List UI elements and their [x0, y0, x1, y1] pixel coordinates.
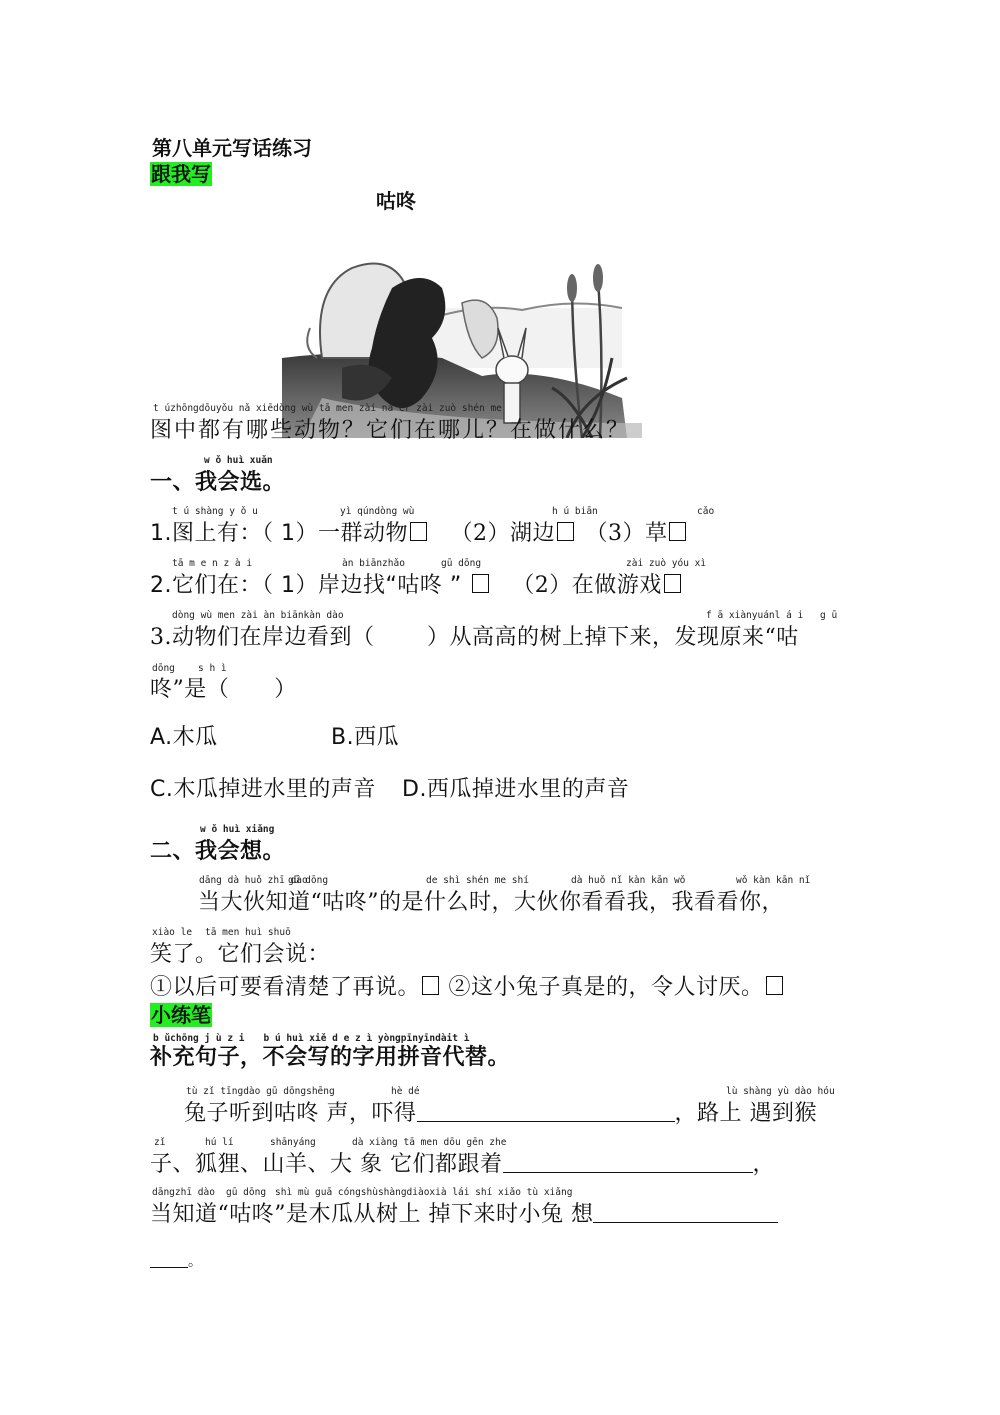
sentence-3: 当知道“咕咚”是木瓜从树上 掉下来时小兔 想 [150, 1197, 778, 1228]
pinyin: g ū [820, 610, 837, 621]
q3-line1: 3.动物们在岸边看到（ ）从高高的树上掉下来，发现原来“咕 [150, 620, 799, 651]
q1-option-lakeside: （2）湖边 [450, 521, 555, 546]
option-a: A.木瓜 [150, 720, 218, 751]
sentence-3-continuation: 。 [150, 1247, 203, 1272]
picture-question: 图中都有哪些动物？它们在哪儿？在做什么？ [150, 413, 630, 444]
checkbox-find-gudong[interactable] [472, 574, 489, 593]
part2-para-line1: 当大伙知道“咕咚”的是什么时，大伙你看看我，我看看你， [198, 885, 784, 916]
choice-1: ①以后可要看清楚了再说。 [150, 975, 420, 1000]
sentence-3-period: 。 [188, 1254, 203, 1270]
sentence-3-start: 当知道“咕咚”是木瓜从树上 掉下来时小兔 想 [150, 1202, 593, 1227]
pinyin: cǎo [697, 506, 714, 517]
choice-2: ②这小兔子真是的，令人讨厌。 [449, 975, 764, 1000]
option-b: B.西瓜 [331, 720, 399, 751]
story-title: 咕咚 [376, 185, 416, 214]
checkbox-playing[interactable] [664, 574, 681, 593]
sentence-1-end: ，路上 遇到猴 [675, 1101, 818, 1126]
highlight-label: 小练笔 [150, 1003, 212, 1027]
checkbox-group-animals[interactable] [410, 522, 427, 541]
blank-1[interactable] [417, 1101, 675, 1122]
part2-heading: 二、我会想。 [150, 834, 285, 865]
sentence-2-end: ， [753, 1152, 776, 1177]
part1-heading: 一、我会选。 [150, 465, 285, 496]
blank-3-continued[interactable] [150, 1247, 188, 1268]
q3-line2: 咚”是（ ） [150, 672, 297, 703]
option-c: C.木瓜掉进水里的声音 [150, 772, 376, 803]
section-label-follow-me: 跟我写 [150, 158, 212, 187]
q2-option-playing: （2）在做游戏 [512, 573, 662, 598]
sentence-2: 子、狐狸、山羊、大 象 它们都跟着， [150, 1147, 775, 1178]
q1-text: 1.图上有：（ 1）一群动物 [150, 521, 408, 546]
part3-heading: 补充句子，不会写的字用拼音代替。 [150, 1040, 510, 1071]
checkbox-choice-1[interactable] [422, 976, 439, 995]
sentence-2-start: 子、狐狸、山羊、大 象 它们都跟着 [150, 1152, 503, 1177]
checkbox-choice-2[interactable] [766, 976, 783, 995]
q1-line: 1.图上有：（ 1）一群动物 （2）湖边 （3）草 [150, 516, 688, 547]
blank-2[interactable] [503, 1152, 753, 1173]
checkbox-grass[interactable] [669, 522, 686, 541]
q1-option-grass: （3）草 [585, 521, 667, 546]
sentence-1: 兔子听到咕咚 声，吓得，路上 遇到猴 [184, 1096, 817, 1127]
option-d: D.西瓜掉进水里的声音 [402, 772, 629, 803]
highlight-label: 跟我写 [150, 162, 212, 186]
q2-text: 2.它们在：（ 1）岸边找“咕咚 ” [150, 573, 462, 598]
part2-choices: ①以后可要看清楚了再说。 ②这小兔子真是的，令人讨厌。 [150, 970, 785, 1001]
unit-title: 第八单元写话练习 [152, 132, 312, 161]
sentence-1-start: 兔子听到咕咚 声，吓得 [184, 1101, 417, 1126]
blank-3[interactable] [593, 1202, 778, 1223]
section-label-practice: 小练笔 [150, 999, 212, 1028]
q2-line: 2.它们在：（ 1）岸边找“咕咚 ” （2）在做游戏 [150, 568, 683, 599]
part2-para-line2: 笑了。它们会说： [150, 937, 330, 968]
checkbox-lakeside[interactable] [557, 522, 574, 541]
